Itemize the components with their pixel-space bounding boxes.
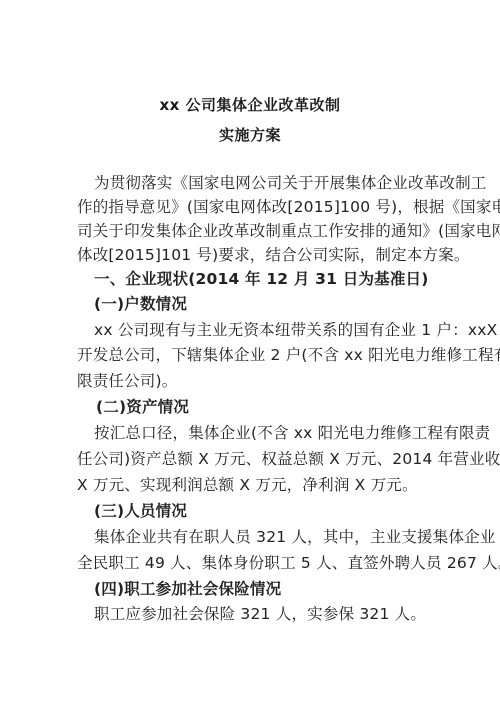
document-page: xx 公司集体企业改革改制 实施方案 为贯彻落实《国家电网公司关于开展集体企业改… bbox=[0, 0, 500, 708]
paragraph-personnel-line-1: 集体企业共有在职人员 321 人，其中，主业支援集体企业 bbox=[94, 527, 454, 547]
subsection-heading-social-insurance: (四)职工参加社会保险情况 bbox=[94, 579, 454, 599]
document-title: xx 公司集体企业改革改制 bbox=[0, 94, 500, 115]
section-heading-1: 一、企业现状(2014 年 12 月 31 日为基准日) bbox=[94, 269, 454, 289]
paragraph-households-line-2: 开发总公司，下辖集体企业 2 户(不含 xx 阳光电力维修工程有 bbox=[77, 345, 437, 365]
paragraph-assets-line-1: 按汇总口径，集体企业(不含 xx 阳光电力维修工程有限责 bbox=[94, 423, 454, 443]
subsection-heading-assets: (二)资产情况 bbox=[96, 397, 456, 417]
paragraph-assets-line-2: 任公司)资产总额 X 万元、权益总额 X 万元、2014 年营业收入 bbox=[77, 449, 437, 469]
paragraph-intro-line-4: 体改[2015]101 号)要求，结合公司实际，制定本方案。 bbox=[77, 245, 437, 265]
paragraph-personnel-line-2: 全民职工 49 人、集体身份职工 5 人、直签外聘人员 267 人。 bbox=[77, 553, 437, 573]
paragraph-assets-line-3: X 万元、实现利润总额 X 万元，净利润 X 万元。 bbox=[77, 475, 437, 495]
subsection-heading-households: (一)户数情况 bbox=[94, 294, 454, 314]
paragraph-intro-line-2: 作的指导意见》(国家电网体改[2015]100 号)，根据《国家电网公 bbox=[77, 197, 437, 217]
subsection-heading-personnel: (三)人员情况 bbox=[94, 501, 454, 521]
paragraph-households-line-3: 限责任公司)。 bbox=[77, 371, 437, 391]
paragraph-social-insurance-line-1: 职工应参加社会保险 321 人，实参保 321 人。 bbox=[94, 604, 454, 624]
paragraph-households-line-1: xx 公司现有与主业无资本纽带关系的国有企业 1 户：xxX bbox=[94, 320, 454, 340]
document-subtitle: 实施方案 bbox=[0, 124, 500, 145]
paragraph-intro-line-3: 司关于印发集体企业改革改制重点工作安排的通知》(国家电网 bbox=[77, 221, 437, 241]
paragraph-intro-line-1: 为贯彻落实《国家电网公司关于开展集体企业改革改制工 bbox=[94, 173, 454, 193]
